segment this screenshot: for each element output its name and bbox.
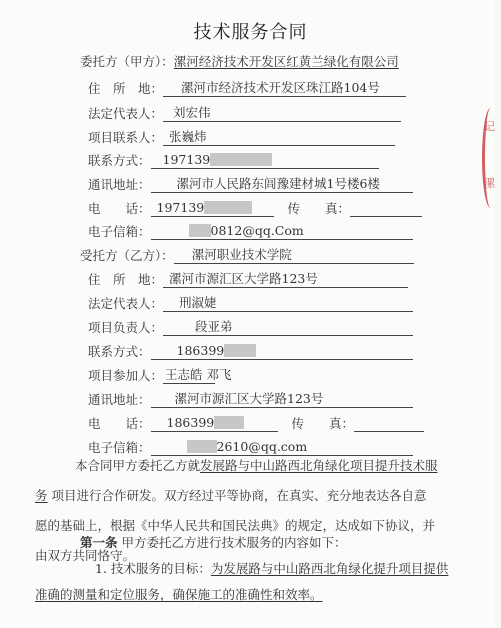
fax-label: 传 真： (288, 199, 351, 217)
party-b-contact-method: 186399 (177, 343, 225, 358)
party-b-phone: 186399 (167, 415, 215, 430)
contract-page: 技术服务合同 委托方（甲方）： 漯河经济技术开发区红黄兰绿化有限公司 住 所 地… (0, 0, 495, 628)
party-a-address: 漯河市经济技术开发区珠江路104号 (181, 80, 380, 95)
email-label: 电子信箱： (88, 222, 151, 240)
party-b-label: 受托方（乙方）： (80, 246, 174, 264)
contact-method-label: 联系方式： (88, 151, 151, 169)
party-b-legal-rep-field: 刑淑婕 (163, 295, 413, 312)
party-a-label: 委托方（甲方）： (80, 52, 174, 70)
party-a-contact-row: 项目联系人： 张巍炜 (88, 128, 395, 146)
party-a-contact-method-row: 联系方式： 197139 (88, 151, 379, 169)
redacted-block (214, 416, 244, 429)
party-a-phone: 197139 (157, 200, 205, 215)
party-a-mailing-address: 漯河市人民路东闾豫建材城1号楼6楼 (177, 176, 380, 191)
stamp-char: 记 (484, 118, 495, 134)
item-1-goal-underlined-cont: 准确的测量和定位服务，确保施工的准确性和效率。 (35, 587, 323, 602)
party-b-legal-rep: 刑淑婕 (179, 295, 217, 310)
redacted-block (224, 344, 256, 357)
mailing-address-label: 通讯地址： (88, 175, 151, 193)
party-b-participants-row: 项目参加人： 王志皓 邓飞 (88, 366, 215, 384)
phone-label: 电 话： (88, 414, 151, 432)
document-title: 技术服务合同 (0, 18, 501, 44)
redacted-block (204, 201, 252, 214)
redacted-block (210, 153, 272, 166)
party-b-participants-field: 王志皓 邓飞 (163, 367, 215, 384)
party-a-phone-field: 197139 (151, 200, 274, 217)
article-1: 第一条 甲方委托乙方进行技术服务的内容如下： 1. 技术服务的目标：为发展路与中… (35, 530, 475, 608)
fax-label: 传 真： (292, 414, 355, 432)
party-a-project-contact: 张巍炜 (169, 129, 207, 144)
party-b-participants: 王志皓 邓飞 (165, 367, 231, 382)
project-name-underlined-cont: 务 (35, 488, 48, 503)
party-a-mailing-row: 通讯地址： 漯河市人民路东闾豫建材城1号楼6楼 (88, 175, 413, 193)
address-label: 住 所 地： (88, 79, 163, 97)
participants-label: 项目参加人： (88, 366, 163, 384)
party-b-contact-method-row: 联系方式： 186399 (88, 342, 413, 360)
article-1-text: 甲方委托乙方进行技术服务的内容如下： (118, 535, 347, 550)
party-b-lead-row: 项目负责人： 段亚弟 (88, 318, 413, 336)
project-lead-label: 项目负责人： (88, 318, 163, 336)
address-label: 住 所 地： (88, 270, 163, 288)
phone-label: 电 话： (88, 199, 151, 217)
party-a-address-field: 漯河市经济技术开发区珠江路104号 (163, 80, 406, 97)
party-b-phone-row: 电 话： 186399 传 真： (88, 414, 424, 432)
legal-rep-label: 法定代表人： (88, 294, 163, 312)
party-a-email-field: 0812@qq.Com (151, 223, 413, 240)
party-b-address-field: 漯河市源汇区大学路123号 (163, 271, 408, 288)
party-a-contact-method: 197139 (163, 152, 211, 167)
party-a-name: 漯河经济技术开发区红黄兰绿化有限公司 (174, 52, 399, 70)
project-contact-label: 项目联系人： (88, 128, 163, 146)
party-b-mailing-row: 通讯地址： 漯河市源汇区大学路123号 (88, 390, 413, 408)
party-b-phone-field: 186399 (151, 415, 278, 432)
party-a-row: 委托方（甲方）： 漯河经济技术开发区红黄兰绿化有限公司 (80, 52, 399, 70)
intro-text-1: 项目进行合作研发。双方经过平等协商，在真实、充分地表达各自意 (48, 488, 427, 503)
party-a-email: 0812@qq.Com (211, 223, 304, 238)
party-b-project-lead: 段亚弟 (195, 319, 233, 334)
party-b-address-row: 住 所 地： 漯河市源汇区大学路123号 (88, 270, 408, 288)
project-name-underlined: 发展路与中山路西北角绿化项目提升技术服 (200, 458, 438, 473)
item-1-label: 1. 技术服务的目标： (95, 561, 211, 576)
party-b-contact-method-field: 186399 (151, 343, 413, 360)
party-b-legal-rep-row: 法定代表人： 刑淑婕 (88, 294, 413, 312)
intro-prefix: 本合同甲方委托乙方就 (75, 458, 200, 473)
party-b-name: 漯河职业技术学院 (192, 247, 292, 262)
mailing-address-label: 通讯地址： (88, 390, 151, 408)
stamp-char: 漯 (484, 175, 495, 191)
party-b-address: 漯河市源汇区大学路123号 (169, 271, 318, 286)
party-a-legal-rep-field: 刘宏伟 (163, 105, 401, 122)
contact-method-label: 联系方式： (88, 342, 151, 360)
party-b-lead-field: 段亚弟 (163, 319, 413, 336)
party-b-name-field: 漯河职业技术学院 (174, 247, 414, 264)
party-a-contact-field: 张巍炜 (163, 129, 395, 146)
party-b-mailing-address: 漯河市源汇区大学路123号 (175, 391, 324, 406)
party-a-phone-row: 电 话： 197139 传 真： (88, 199, 422, 217)
party-a-fax-field (350, 200, 422, 217)
party-a-address-row: 住 所 地： 漯河市经济技术开发区珠江路104号 (88, 79, 406, 97)
party-b-row: 受托方（乙方）： 漯河职业技术学院 (80, 246, 414, 264)
party-b-mailing-field: 漯河市源汇区大学路123号 (151, 391, 413, 408)
item-1-goal-underlined: 为发展路与中山路西北角绿化提升项目提供 (211, 561, 449, 576)
party-b-fax-field (354, 415, 424, 432)
party-a-legal-rep: 刘宏伟 (173, 105, 211, 120)
redacted-block (189, 224, 211, 237)
party-a-legal-rep-row: 法定代表人： 刘宏伟 (88, 104, 401, 122)
party-a-contact-method-field: 197139 (151, 152, 379, 169)
article-1-heading: 第一条 (80, 535, 118, 550)
legal-rep-label: 法定代表人： (88, 104, 163, 122)
party-a-email-row: 电子信箱： 0812@qq.Com (88, 222, 413, 240)
party-a-mailing-field: 漯河市人民路东闾豫建材城1号楼6楼 (151, 176, 413, 193)
